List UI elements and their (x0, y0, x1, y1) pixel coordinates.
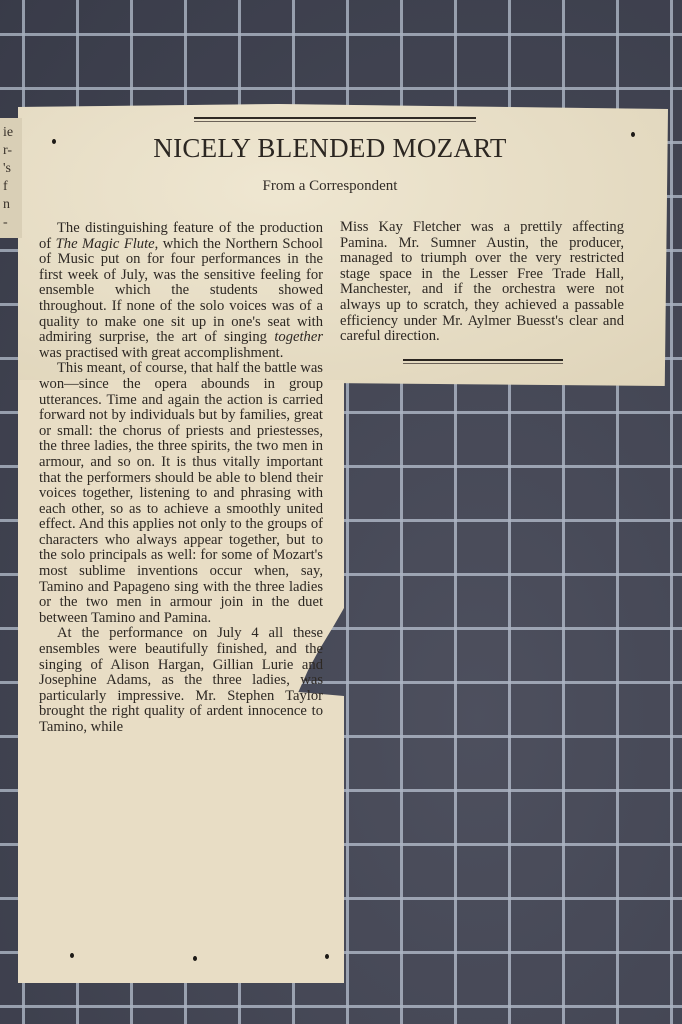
headline: NICELY BLENDED MOZART (0, 133, 660, 164)
article-column-left: The distinguishing feature of the produc… (39, 221, 323, 736)
end-rule (403, 359, 563, 361)
pin-hole (70, 953, 74, 958)
header-rule-thin (194, 121, 476, 122)
pin-hole (631, 132, 635, 137)
paragraph-3: At the performance on July 4 all these e… (39, 626, 323, 735)
paragraph-2: This meant, of course, that half the bat… (39, 361, 323, 626)
pin-hole (52, 139, 56, 144)
fragment-text: - (3, 214, 8, 232)
header-rule (194, 117, 476, 119)
end-rule-thin (403, 363, 563, 364)
pin-hole (325, 954, 329, 959)
fragment-text: n (3, 196, 10, 214)
paragraph-1: The distinguishing feature of the produc… (39, 221, 323, 361)
article-column-right: Miss Kay Fletcher was a prettily affecti… (340, 220, 624, 345)
pin-hole (193, 956, 197, 961)
byline: From a Correspondent (0, 178, 660, 195)
paragraph-continued: Miss Kay Fletcher was a prettily affecti… (340, 220, 624, 345)
